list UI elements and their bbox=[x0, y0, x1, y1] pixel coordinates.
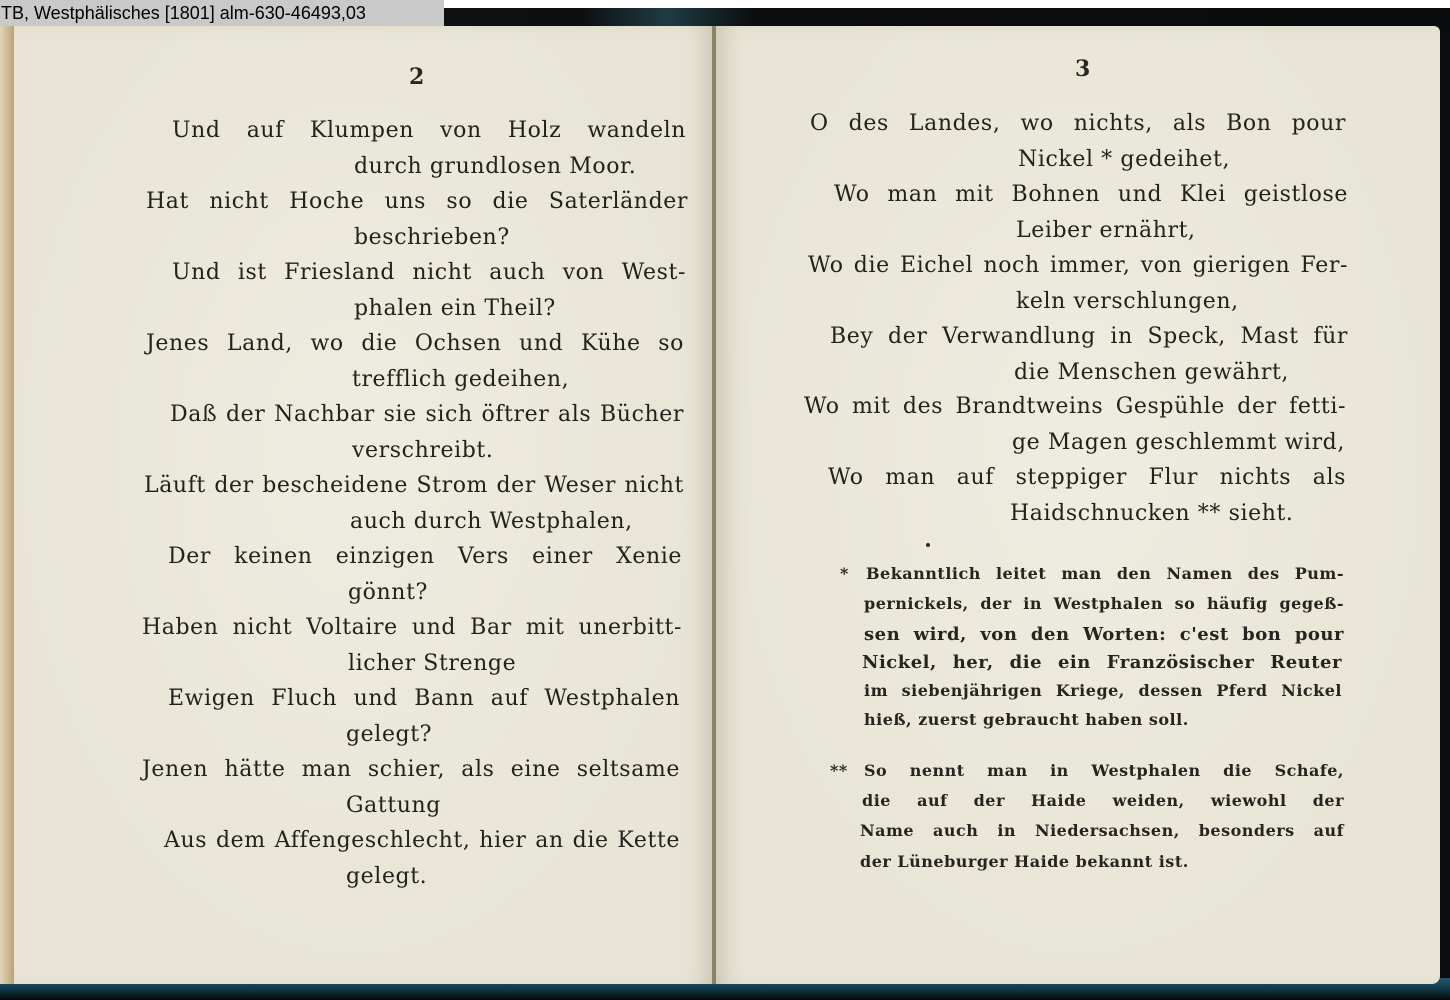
verse-line: Und auf Klumpen von Holz wandeln bbox=[172, 118, 686, 143]
top-margin bbox=[443, 0, 1450, 8]
verse-continuation: trefflich gedeihen, bbox=[352, 367, 569, 392]
image-caption: TB, Westphälisches [1801] alm-630-46493,… bbox=[0, 0, 444, 26]
verse-line: Ewigen Fluch und Bann auf Westphalen bbox=[168, 686, 680, 711]
verse-continuation: gelegt? bbox=[346, 722, 432, 747]
verse-continuation: verschreibt. bbox=[352, 438, 493, 463]
footnote-line: der Lüneburger Haide bekannt ist. bbox=[860, 852, 1189, 871]
verse-continuation: Gattung bbox=[346, 793, 441, 818]
footnote-marker: ** bbox=[830, 761, 848, 780]
verse-continuation: phalen ein Theil? bbox=[354, 296, 556, 321]
footnote-line: Name auch in Niedersachsen, besonders au… bbox=[860, 821, 1344, 840]
footnote-line: Nickel, her, die ein Französischer Reute… bbox=[862, 652, 1342, 673]
footnote-line: sen wird, von den Worten: c'est bon pour bbox=[864, 624, 1344, 645]
verse-line: Aus dem Affengeschlecht, hier an die Ket… bbox=[164, 828, 680, 853]
verse-line: Haben nicht Voltaire und Bar mit unerbit… bbox=[142, 615, 682, 640]
footnotes: * Bekanntlich leitet man den Namen des P… bbox=[716, 26, 1440, 984]
verse-line: Läuft der bescheidene Strom der Weser ni… bbox=[144, 473, 684, 498]
footnote-line: hieß, zuerst gebraucht haben soll. bbox=[864, 710, 1189, 729]
verse-line: Hat nicht Hoche uns so die Saterländer bbox=[146, 189, 688, 214]
left-page-verses: Und auf Klumpen von Holz wandeln durch g… bbox=[0, 26, 712, 984]
footnote-line: So nennt man in Westphalen die Schafe, bbox=[864, 761, 1344, 780]
verse-continuation: licher Strenge bbox=[348, 651, 516, 676]
verse-continuation: beschrieben? bbox=[354, 225, 510, 250]
verse-continuation: gönnt? bbox=[348, 580, 428, 605]
verse-continuation: durch grundlosen Moor. bbox=[354, 154, 636, 179]
footnote-line: die auf der Haide weiden, wiewohl der bbox=[862, 791, 1344, 810]
right-page: 3 O des Landes, wo nichts, als Bon pour … bbox=[716, 26, 1440, 984]
left-page: 2 Und auf Klumpen von Holz wandeln durch… bbox=[0, 26, 712, 984]
verse-line: Jenen hätte man schier, als eine seltsam… bbox=[142, 757, 680, 782]
verse-continuation: auch durch Westphalen, bbox=[350, 509, 633, 534]
footnote-line: im siebenjährigen Kriege, dessen Pferd N… bbox=[864, 681, 1342, 700]
verse-line: Jenes Land, wo die Ochsen und Kühe so bbox=[146, 331, 684, 356]
footnote-line: Bekanntlich leitet man den Namen des Pum… bbox=[866, 564, 1344, 583]
verse-line: Und ist Friesland nicht auch von West- bbox=[172, 260, 686, 285]
verse-line: Daß der Nachbar sie sich öftrer als Büch… bbox=[170, 402, 684, 427]
footnote-line: pernickels, der in Westphalen so häufig … bbox=[864, 594, 1344, 613]
verse-line: Der keinen einzigen Vers einer Xenie bbox=[168, 544, 682, 569]
footnote-marker: * bbox=[840, 564, 849, 583]
verse-continuation: gelegt. bbox=[346, 864, 427, 889]
